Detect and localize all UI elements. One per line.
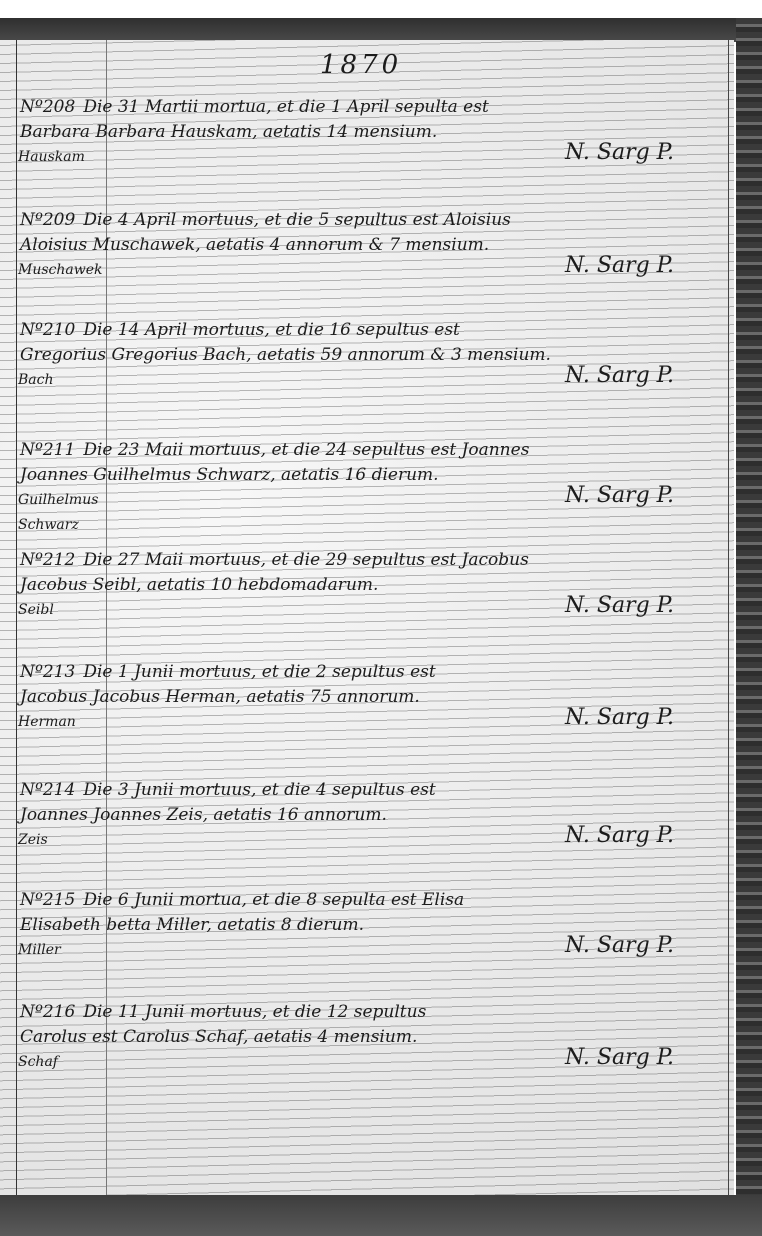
margin-surname: Seibl <box>18 598 106 623</box>
entry-number: Nº209 <box>20 210 75 230</box>
entry-line-2: Carolus est Carolus Schaf, aetatis 4 men… <box>20 1025 417 1050</box>
margin-surname: Muschawek <box>18 258 106 283</box>
entry-number: Nº208 <box>20 97 75 117</box>
ruled-line-left <box>16 40 17 1200</box>
entry-line-1-text: Die 3 Junii mortuus, et die 4 sepultus e… <box>83 780 435 800</box>
entry-line-2: Elisabeth betta Miller, aetatis 8 dierum… <box>20 913 364 938</box>
entry-line-2: Jacobus Jacobus Herman, aetatis 75 annor… <box>20 685 420 710</box>
entry-line-1-text: Die 4 April mortuus, et die 5 sepultus e… <box>83 210 511 230</box>
margin-surname: Schaf <box>18 1050 106 1075</box>
entry-line-2: Aloisius Muschawek, aetatis 4 annorum & … <box>20 233 489 258</box>
entry-line-1: Nº209Die 4 April mortuus, et die 5 sepul… <box>20 208 511 233</box>
entry-line-2: Gregorius Gregorius Bach, aetatis 59 ann… <box>20 343 551 368</box>
entry-line-1-text: Die 14 April mortuus, et die 16 sepultus… <box>83 320 460 340</box>
entry-line-1: Nº208Die 31 Martii mortua, et die 1 Apri… <box>20 95 489 120</box>
entry-line-1: Nº216Die 11 Junii mortuus, et die 12 sep… <box>20 1000 426 1025</box>
priest-signature: N. Sarg P. <box>565 593 674 618</box>
entry-number: Nº211 <box>20 440 75 460</box>
priest-signature: N. Sarg P. <box>565 933 674 958</box>
margin-surname: Schwarz <box>18 513 106 538</box>
scan-border-top <box>0 18 762 42</box>
entry-line-1: Nº214Die 3 Junii mortuus, et die 4 sepul… <box>20 778 436 803</box>
page-year: 1870 <box>320 50 402 80</box>
entry-number: Nº215 <box>20 890 75 910</box>
priest-signature: N. Sarg P. <box>565 140 674 165</box>
priest-signature: N. Sarg P. <box>565 705 674 730</box>
entry-line-1: Nº213Die 1 Junii mortuus, et die 2 sepul… <box>20 660 436 685</box>
entry-line-2: Joannes Joannes Zeis, aetatis 16 annorum… <box>20 803 387 828</box>
entry-line-1-text: Die 23 Maii mortuus, et die 24 sepultus … <box>83 440 529 460</box>
entry-line-2: Joannes Guilhelmus Schwarz, aetatis 16 d… <box>20 463 439 488</box>
scan-border-right <box>736 18 762 1218</box>
entry-number: Nº210 <box>20 320 75 340</box>
entry-line-1: Nº211Die 23 Maii mortuus, et die 24 sepu… <box>20 438 529 463</box>
margin-surname: Zeis <box>18 828 106 853</box>
entry-number: Nº212 <box>20 550 75 570</box>
margin-middle-name: Guilhelmus <box>18 488 106 513</box>
entry-line-1-text: Die 27 Maii mortuus, et die 29 sepultus … <box>83 550 529 570</box>
entry-line-2: Barbara Barbara Hauskam, aetatis 14 mens… <box>20 120 437 145</box>
scan-border-bottom <box>0 1195 762 1236</box>
entry-line-1: Nº210Die 14 April mortuus, et die 16 sep… <box>20 318 460 343</box>
entry-line-1-text: Die 6 Junii mortua, et die 8 sepulta est… <box>83 890 464 910</box>
priest-signature: N. Sarg P. <box>565 363 674 388</box>
entry-line-1: Nº212Die 27 Maii mortuus, et die 29 sepu… <box>20 548 529 573</box>
priest-signature: N. Sarg P. <box>565 823 674 848</box>
margin-surname: Hauskam <box>18 145 106 170</box>
entry-number: Nº213 <box>20 662 75 682</box>
margin-surname: Miller <box>18 938 106 963</box>
entry-number: Nº214 <box>20 780 75 800</box>
entry-line-1-text: Die 1 Junii mortuus, et die 2 sepultus e… <box>83 662 435 682</box>
entry-line-1: Nº215Die 6 Junii mortua, et die 8 sepult… <box>20 888 464 913</box>
priest-signature: N. Sarg P. <box>565 483 674 508</box>
priest-signature: N. Sarg P. <box>565 1045 674 1070</box>
priest-signature: N. Sarg P. <box>565 253 674 278</box>
entry-line-1-text: Die 11 Junii mortuus, et die 12 sepultus <box>83 1002 426 1022</box>
ruled-line-right <box>728 40 729 1200</box>
margin-surname: Herman <box>18 710 106 735</box>
entry-number: Nº216 <box>20 1002 75 1022</box>
entry-line-2: Jacobus Seibl, aetatis 10 hebdomadarum. <box>20 573 378 598</box>
margin-surname: Bach <box>18 368 106 393</box>
register-page: 1870 Nº208Die 31 Martii mortua, et die 1… <box>0 40 734 1200</box>
entry-line-1-text: Die 31 Martii mortua, et die 1 April sep… <box>83 97 488 117</box>
